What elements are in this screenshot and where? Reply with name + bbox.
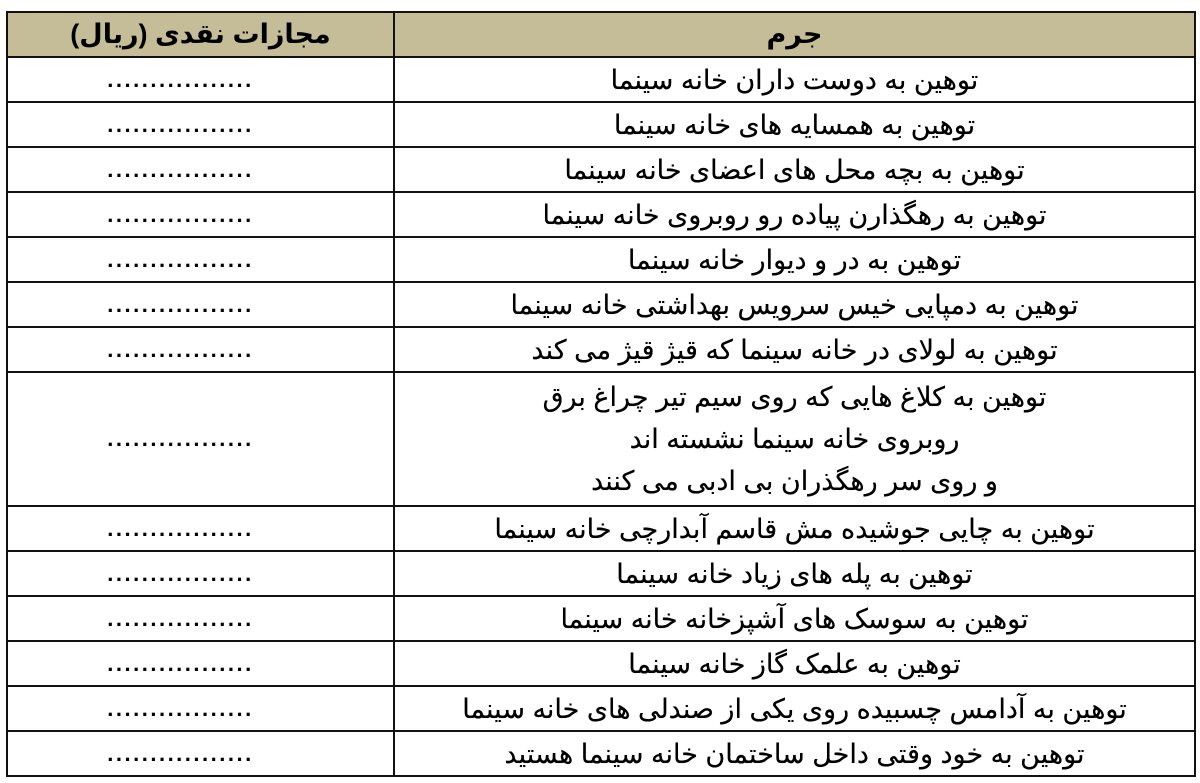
table-row: ................. توهین به در و دیوار خا… xyxy=(7,237,1195,282)
fine-cell: ................. xyxy=(7,57,394,102)
fine-placeholder: ................. xyxy=(107,696,253,722)
fine-cell: ................. xyxy=(7,641,394,686)
fine-cell: ................. xyxy=(7,327,394,372)
crime-cell: توهین به آدامس چسبیده روی یکی از صندلی ه… xyxy=(394,686,1195,731)
crime-line: روبروی خانه سینما نشسته اند xyxy=(395,418,1194,460)
fine-placeholder: ................. xyxy=(107,651,253,677)
crime-cell: توهین به در و دیوار خانه سینما xyxy=(394,237,1195,282)
table-row: ................. توهین به پله های زیاد … xyxy=(7,551,1195,596)
table-row: ................. توهین به آدامس چسبیده … xyxy=(7,686,1195,731)
crime-cell: توهین به سوسک های آشپزخانه خانه سینما xyxy=(394,596,1195,641)
table-row: ................. توهین به لولای در خانه… xyxy=(7,327,1195,372)
penalty-table: مجازات نقدی (ریال) جرم .................… xyxy=(6,11,1196,777)
fine-placeholder: ................. xyxy=(107,741,253,767)
fine-cell: ................. xyxy=(7,731,394,776)
table-row: ................. توهین به دوست داران خا… xyxy=(7,57,1195,102)
table-row: ................. توهین به کلاغ هایی که … xyxy=(7,372,1195,506)
crime-cell: توهین به لولای در خانه سینما که قیژ قیژ … xyxy=(394,327,1195,372)
table-row: ................. توهین به دمپایی خیس سر… xyxy=(7,282,1195,327)
fine-cell: ................. xyxy=(7,192,394,237)
fine-placeholder: ................. xyxy=(107,516,253,542)
fine-cell: ................. xyxy=(7,372,394,506)
fine-placeholder: ................. xyxy=(107,67,253,93)
crime-cell: توهین به علمک گاز خانه سینما xyxy=(394,641,1195,686)
column-header-fine: مجازات نقدی (ریال) xyxy=(7,12,394,57)
fine-cell: ................. xyxy=(7,282,394,327)
crime-line: و روی سر رهگذران بی ادبی می کنند xyxy=(395,460,1194,502)
table-row: ................. توهین به علمک گاز خانه… xyxy=(7,641,1195,686)
fine-placeholder: ................. xyxy=(107,337,253,363)
crime-cell: توهین به خود وقتی داخل ساختمان خانه سینم… xyxy=(394,731,1195,776)
column-header-crime: جرم xyxy=(394,12,1195,57)
fine-cell: ................. xyxy=(7,102,394,147)
fine-placeholder: ................. xyxy=(107,426,253,452)
penalty-table-container: مجازات نقدی (ریال) جرم .................… xyxy=(6,11,1194,777)
crime-line: توهین به کلاغ هایی که روی سیم تیر چراغ ب… xyxy=(395,376,1194,418)
table-row: ................. توهین به بچه محل های ا… xyxy=(7,147,1195,192)
crime-cell: توهین به رهگذارن پیاده رو روبروی خانه سی… xyxy=(394,192,1195,237)
fine-cell: ................. xyxy=(7,551,394,596)
fine-placeholder: ................. xyxy=(107,247,253,273)
fine-placeholder: ................. xyxy=(107,292,253,318)
table-row: ................. توهین به رهگذارن پیاده… xyxy=(7,192,1195,237)
crime-cell: توهین به پله های زیاد خانه سینما xyxy=(394,551,1195,596)
table-row: ................. توهین به همسایه های خا… xyxy=(7,102,1195,147)
crime-cell: توهین به بچه محل های اعضای خانه سینما xyxy=(394,147,1195,192)
fine-placeholder: ................. xyxy=(107,561,253,587)
fine-cell: ................. xyxy=(7,686,394,731)
table-row: ................. توهین به سوسک های آشپز… xyxy=(7,596,1195,641)
crime-cell: توهین به چایی جوشیده مش قاسم آبدارچی خان… xyxy=(394,506,1195,551)
crime-cell: توهین به دمپایی خیس سرویس بهداشتی خانه س… xyxy=(394,282,1195,327)
crime-cell: توهین به دوست داران خانه سینما xyxy=(394,57,1195,102)
fine-placeholder: ................. xyxy=(107,112,253,138)
table-row: ................. توهین به چایی جوشیده م… xyxy=(7,506,1195,551)
table-header-row: مجازات نقدی (ریال) جرم xyxy=(7,12,1195,57)
fine-cell: ................. xyxy=(7,596,394,641)
crime-cell: توهین به کلاغ هایی که روی سیم تیر چراغ ب… xyxy=(394,372,1195,506)
crime-cell: توهین به همسایه های خانه سینما xyxy=(394,102,1195,147)
fine-cell: ................. xyxy=(7,147,394,192)
table-row: ................. توهین به خود وقتی داخل… xyxy=(7,731,1195,776)
fine-cell: ................. xyxy=(7,506,394,551)
fine-placeholder: ................. xyxy=(107,606,253,632)
fine-placeholder: ................. xyxy=(107,202,253,228)
fine-cell: ................. xyxy=(7,237,394,282)
fine-placeholder: ................. xyxy=(107,157,253,183)
